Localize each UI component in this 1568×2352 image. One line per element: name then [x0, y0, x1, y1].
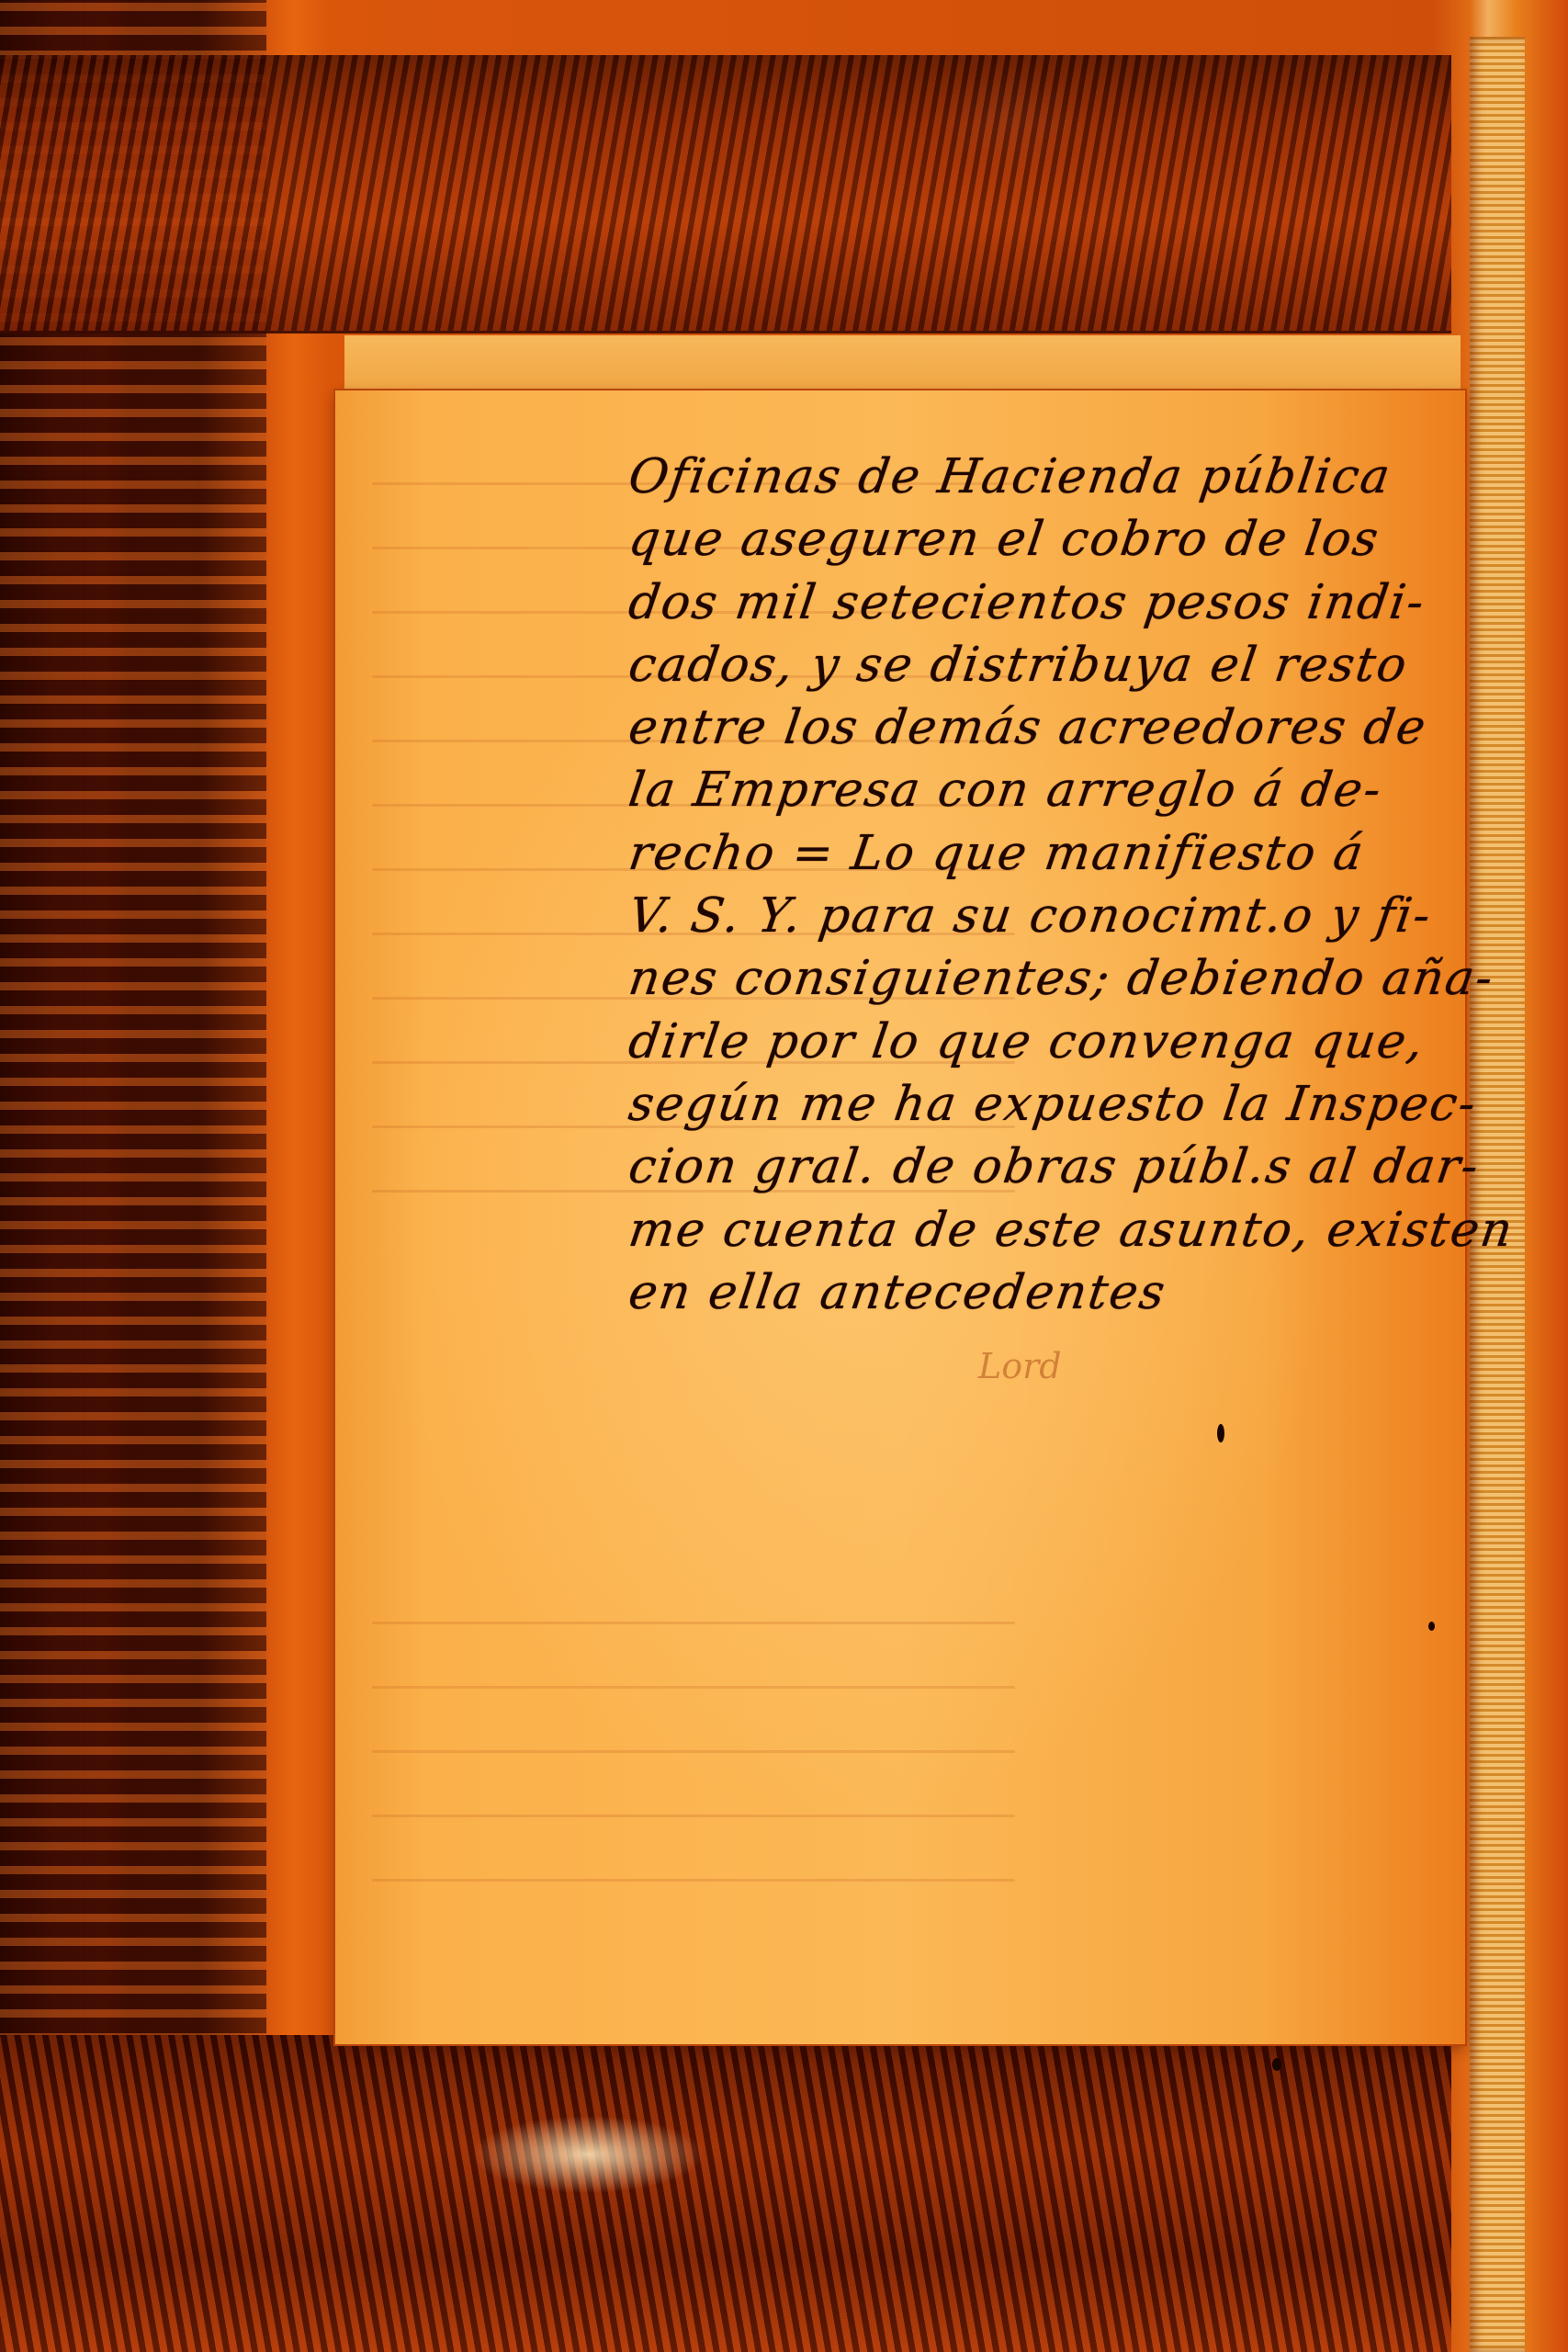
text-line-11: según me ha expuesto la Inspec-: [625, 1073, 1461, 1136]
marbled-board-top: [0, 55, 1451, 334]
text-line-3: dos mil setecientos pesos indi-: [625, 571, 1461, 634]
text-line-1: Oficinas de Hacienda pública: [625, 446, 1461, 508]
text-line-final: en ella antecedentes: [625, 1261, 1461, 1324]
text-line-2: que aseguren el cobro de los: [625, 508, 1461, 571]
text-line-7: recho = Lo que manifiesto á: [625, 822, 1461, 885]
text-line-5: entre los demás acreedores de: [625, 696, 1461, 759]
text-line-8: V. S. Y. para su conocimt.o y fi-: [625, 885, 1461, 947]
text-line-12: cion gral. de obras públ.s al dar-: [625, 1136, 1461, 1198]
text-line-6: la Empresa con arreglo á de-: [625, 759, 1461, 821]
text-line-9: nes consiguientes; debiendo aña-: [625, 947, 1461, 1010]
marbled-board-bottom: [0, 2035, 1451, 2352]
bleed-through-text: Lord: [978, 1346, 1062, 1386]
handwritten-text-block: Oficinas de Hacienda pública que asegure…: [629, 446, 1456, 1324]
book-spine-strip: [1470, 37, 1525, 2352]
text-line-13: me cuenta de este asunto, existen: [625, 1199, 1461, 1261]
binding-left-edge: [0, 0, 266, 2352]
text-line-10: dirle por lo que convenga que,: [625, 1011, 1461, 1073]
text-line-4: cados, y se distribuya el resto: [625, 634, 1461, 696]
